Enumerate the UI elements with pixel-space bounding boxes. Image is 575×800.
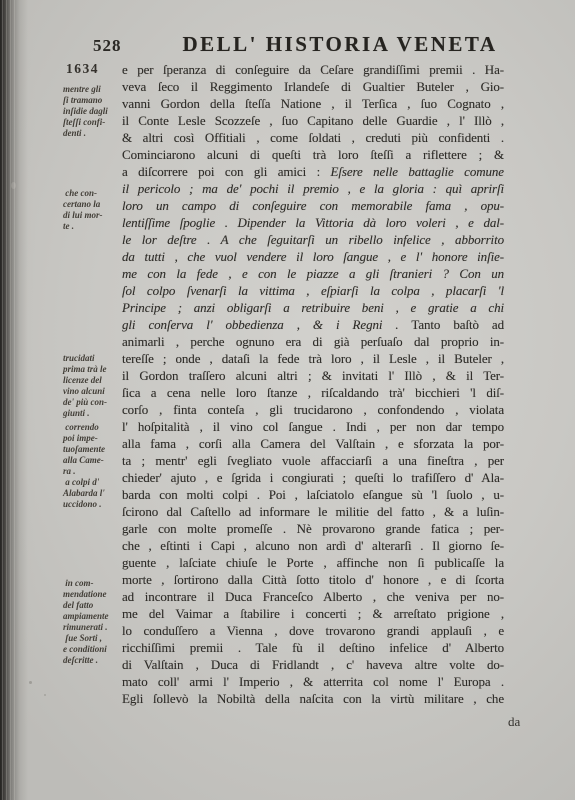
body-line: ſcirono dal Caſtello ad informare le mil…	[122, 503, 504, 520]
body-line: guente , laſciate chiuſe le Porte , affi…	[122, 554, 504, 571]
body-line: corſo , finta conteſa , gli trucidarono …	[122, 401, 504, 418]
body-line: gli conſerva l' obbedienza , & i Regni .…	[122, 316, 504, 333]
margin-note: correndopoi impe-tuoſamentealla Came-ra …	[63, 422, 121, 477]
body-line: ad incontrare il Duca Franceſco Alberto …	[122, 588, 504, 605]
catchword: da	[508, 714, 520, 730]
body-line: vanni Gordon della ſteſſa Natione , il T…	[122, 95, 504, 112]
body-line: che , eſtinti i Capi , alcuno non ardì d…	[122, 537, 504, 554]
running-title: DELL' HISTORIA VENETA	[150, 32, 530, 57]
body-line: Cominciarono alcuni di queſti trà loro ſ…	[122, 146, 504, 163]
body-text: e per ſperanza di conſeguire da Ceſare g…	[122, 61, 504, 707]
body-line: Principe ; anzi obligarſi a retribuire b…	[122, 299, 504, 316]
book-gutter-shadow	[0, 0, 36, 800]
body-line: il pericolo ; ma de' pochi il premio , e…	[122, 180, 504, 197]
body-line: ſol colpo ſvenarſi la vittima , eſpiarſi…	[122, 282, 504, 299]
body-line: a diſcorrere poi con gli amici : Eſsere …	[122, 163, 504, 180]
body-line: Egli ſollevò la Nobiltà della naſcita co…	[122, 690, 504, 707]
scan-artifact	[44, 694, 46, 696]
body-line: di Valſtain , Duca di Fridlandt , c' hav…	[122, 656, 504, 673]
scan-artifact	[11, 182, 16, 189]
margin-note: che con-certano ladi lui mor-te .	[63, 188, 121, 232]
margin-note: in com-mendationedel fattoampiamenterimu…	[63, 578, 121, 633]
body-line: veva ſeco il Reggimento Irlandeſe di Gua…	[122, 78, 504, 95]
book-page: 528 DELL' HISTORIA VENETA 1634 mentre gl…	[0, 0, 575, 800]
body-line: alla fama , corſi alla Camera del Valſta…	[122, 435, 504, 452]
margin-note: ſue Sorti ,e conditionideſcritte .	[63, 633, 121, 666]
body-line: ſica a cena nelle loro ſtanze , riſcalda…	[122, 384, 504, 401]
body-line: barda con molti colpi . Poi , laſciatolo…	[122, 486, 504, 503]
margin-year: 1634	[66, 61, 99, 77]
body-line: l' hoſpitalità , il vino col ſangue . In…	[122, 418, 504, 435]
body-line: garle con molte promeſſe . Nè provarono …	[122, 520, 504, 537]
body-line: ta ; mentr' egli ſvegliato vuole affacci…	[122, 452, 504, 469]
page-number: 528	[93, 36, 122, 56]
body-line: da tutti , che vuol vendere il loro ſang…	[122, 248, 504, 265]
scan-artifact	[29, 681, 32, 684]
margin-note: trucidatiprima trà lelicenze delvino alc…	[63, 353, 121, 419]
body-line: e per ſperanza di conſeguire da Ceſare g…	[122, 61, 504, 78]
body-line: tereſſe ; onde , dataſi la fede trà loro…	[122, 350, 504, 367]
body-line: me con la fede , e con le piazze a gli ſ…	[122, 265, 504, 282]
body-line: lo conduſſero a Vienna , dove trovarono …	[122, 622, 504, 639]
body-line: ricchiſſimi premii . Tale fù il deſtino …	[122, 639, 504, 656]
body-line: morte , ſortirono dalla Città ſotto tito…	[122, 571, 504, 588]
body-line: animarli , perche ognuno era di già perſ…	[122, 333, 504, 350]
body-line: me del Vaimar a ſtabilire i concerti ; &…	[122, 605, 504, 622]
body-line: chieder' ajuto , e ſgrida i congiurati ;…	[122, 469, 504, 486]
body-line: & altri così Offitiali , come ſoldati , …	[122, 129, 504, 146]
body-line: loro un campo di conſeguire con memorabi…	[122, 197, 504, 214]
margin-note: a colpi d'Alabarda l'uccidono .	[63, 477, 121, 510]
body-line: le lor deſtre . A che ſeguitarſi un ribe…	[122, 231, 504, 248]
body-line: il Gordon traſſero alcuni altri ; & invi…	[122, 367, 504, 384]
body-line: lentiſſime ſpoglie . Dipender la Vittori…	[122, 214, 504, 231]
body-line: mato coll' armi l' Imperio , & atterrita…	[122, 673, 504, 690]
margin-note: mentre gliſi tramanoinſidie dagliſteſſi …	[63, 84, 121, 139]
body-line: il Conte Lesle Scozzeſe , ſuo Capitano d…	[122, 112, 504, 129]
